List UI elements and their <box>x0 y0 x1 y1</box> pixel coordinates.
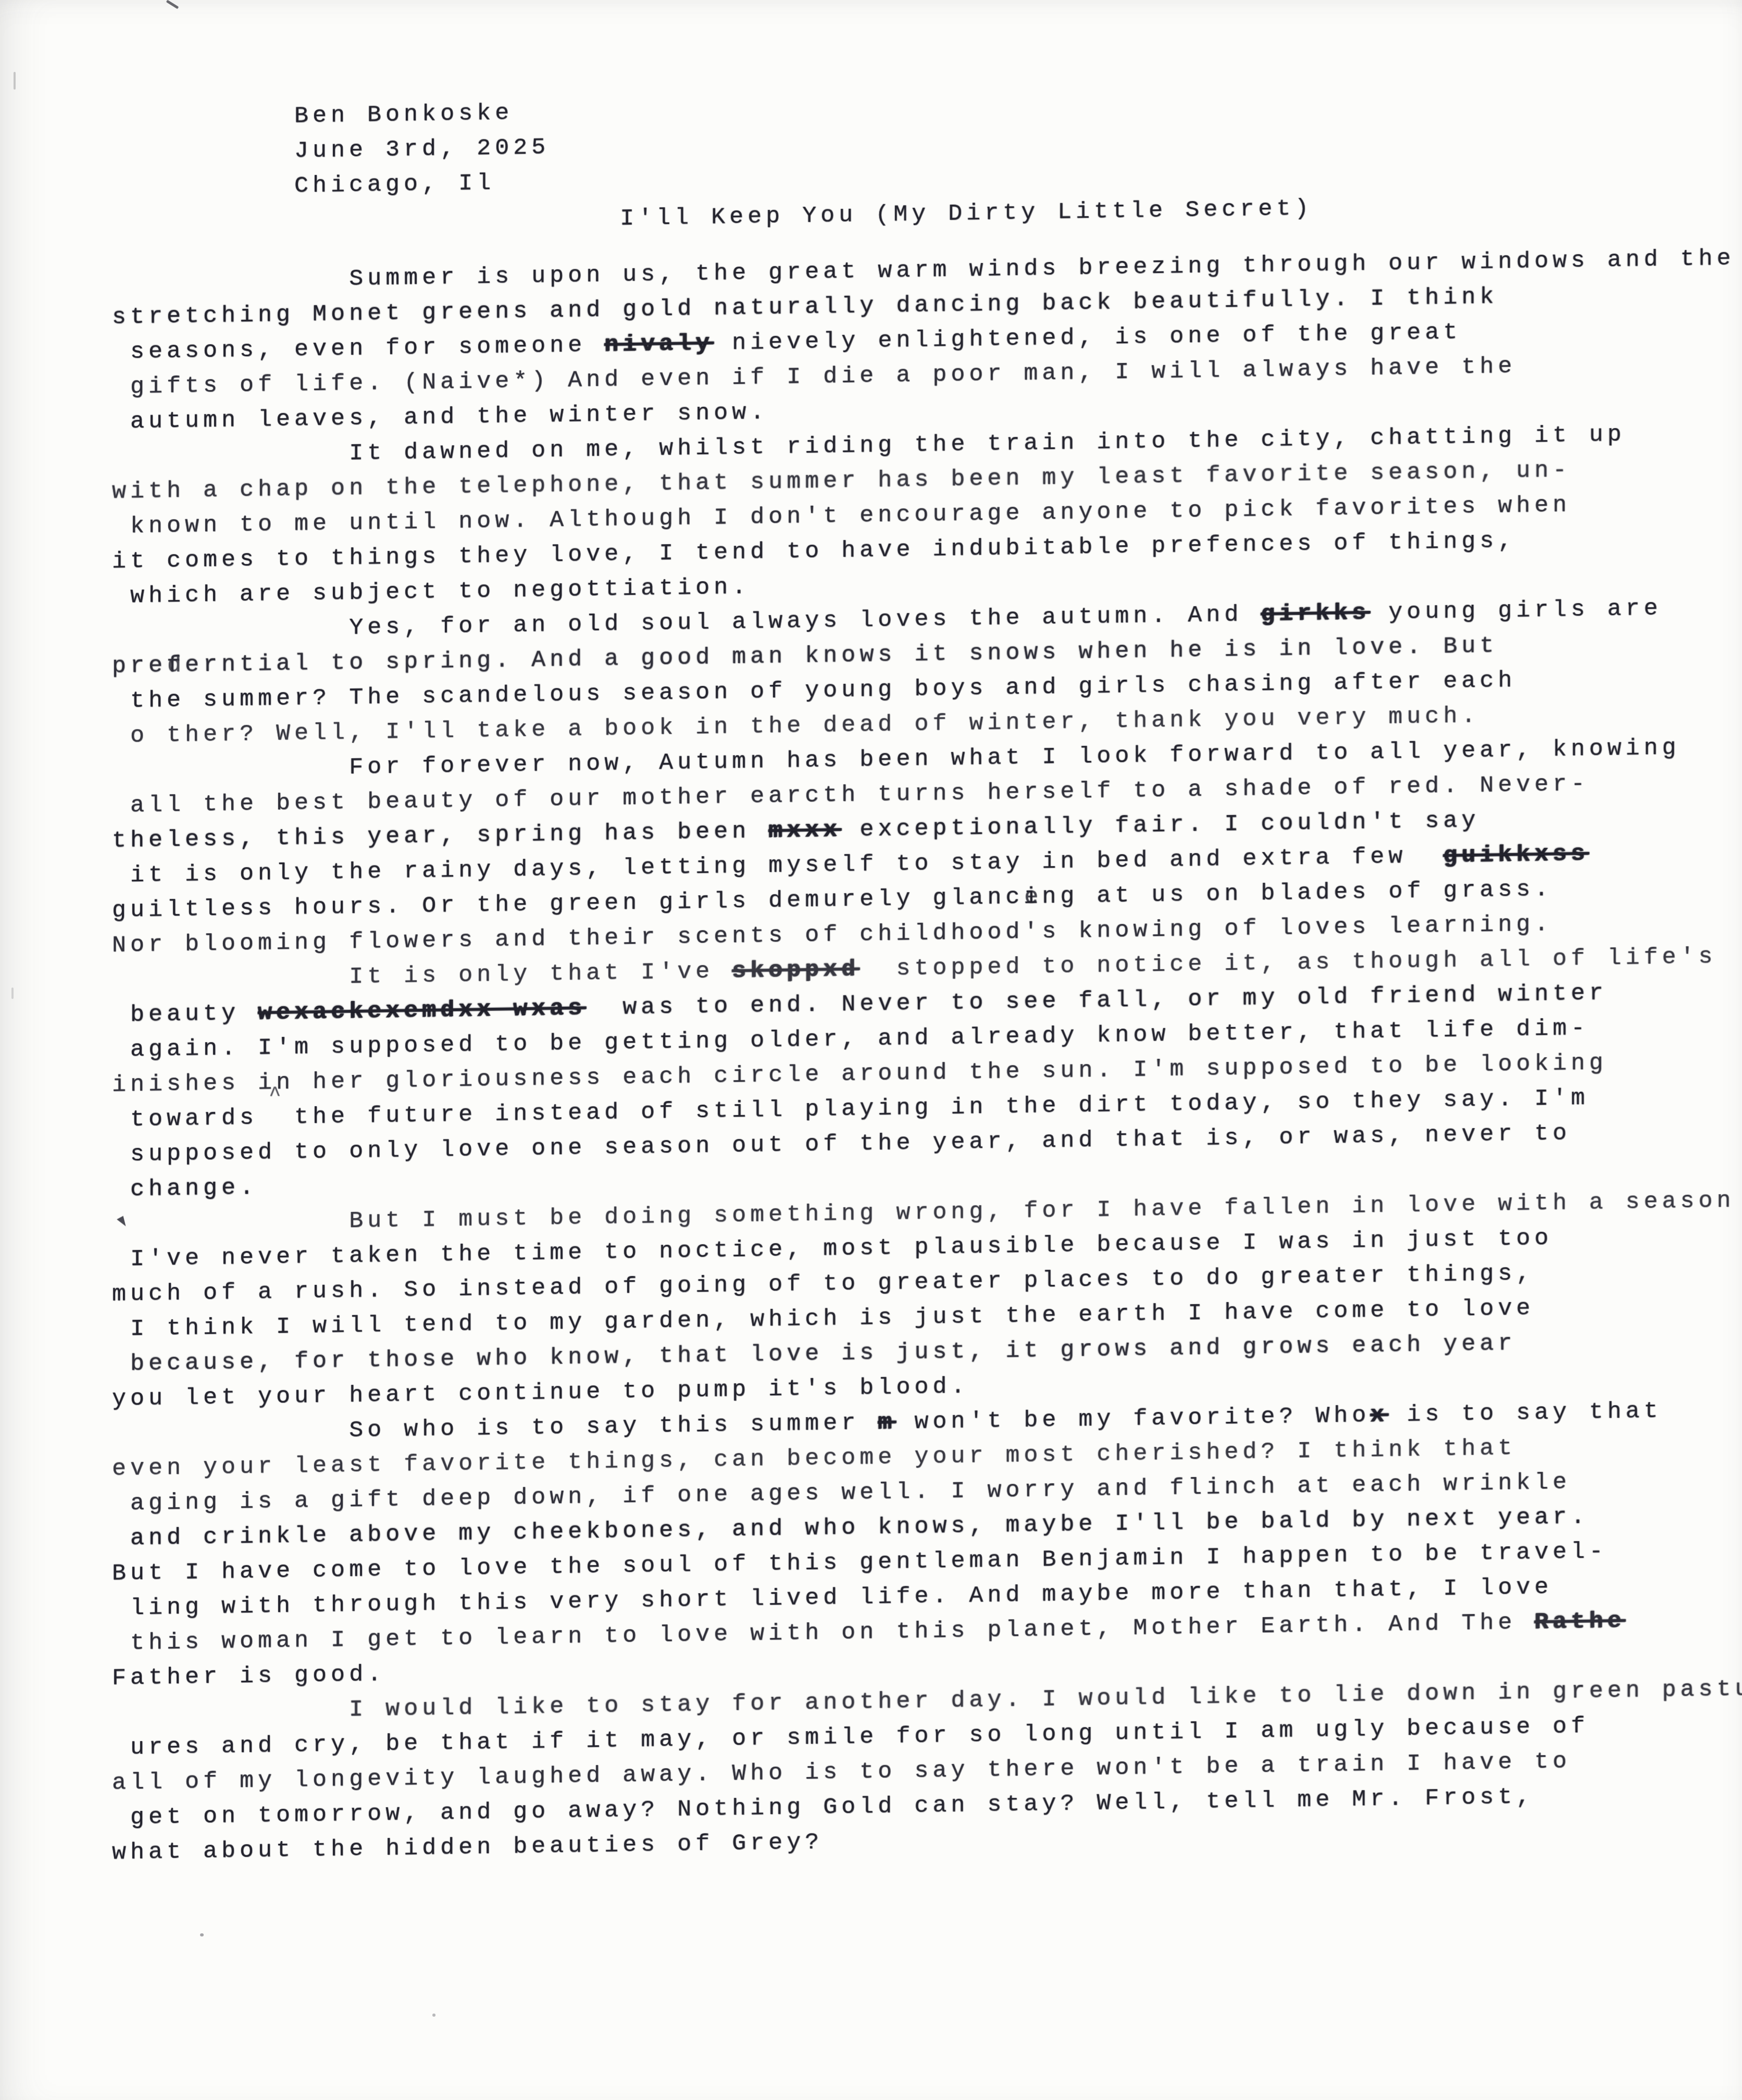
author-line: June 3rd, 2025 <box>294 130 550 168</box>
struck-text: guikkxss <box>1443 841 1589 869</box>
letter-body: Summer is upon us, the great warm winds … <box>112 241 1727 1870</box>
author-line: Ben Bonkoske <box>294 95 550 133</box>
struck-text: skoppxd <box>732 956 860 985</box>
scanned-letter-page: Ben BonkoskeJune 3rd, 2025Chicago, Il I'… <box>0 0 1742 2100</box>
author-block: Ben BonkoskeJune 3rd, 2025Chicago, Il <box>294 95 550 203</box>
struck-text: wexackexemdxx wxas <box>258 995 586 1026</box>
author-line: Chicago, Il <box>294 165 550 203</box>
struck-text: x <box>1370 1402 1388 1429</box>
struck-text: girkks <box>1261 599 1370 628</box>
letter-content: Ben BonkoskeJune 3rd, 2025Chicago, Il I'… <box>0 0 1742 2100</box>
struck-text: Rathe <box>1534 1608 1625 1636</box>
struck-text: m <box>878 1409 896 1436</box>
letter-title: I'll Keep You (My Dirty Little Secret) <box>620 191 1313 236</box>
overtyped-char: fd <box>167 648 185 683</box>
overtyped-char: ie <box>1024 879 1042 915</box>
struck-text: mxxx <box>768 817 841 844</box>
struck-text: nivaly <box>604 330 714 358</box>
caret-insertion: in^ <box>258 1065 294 1101</box>
